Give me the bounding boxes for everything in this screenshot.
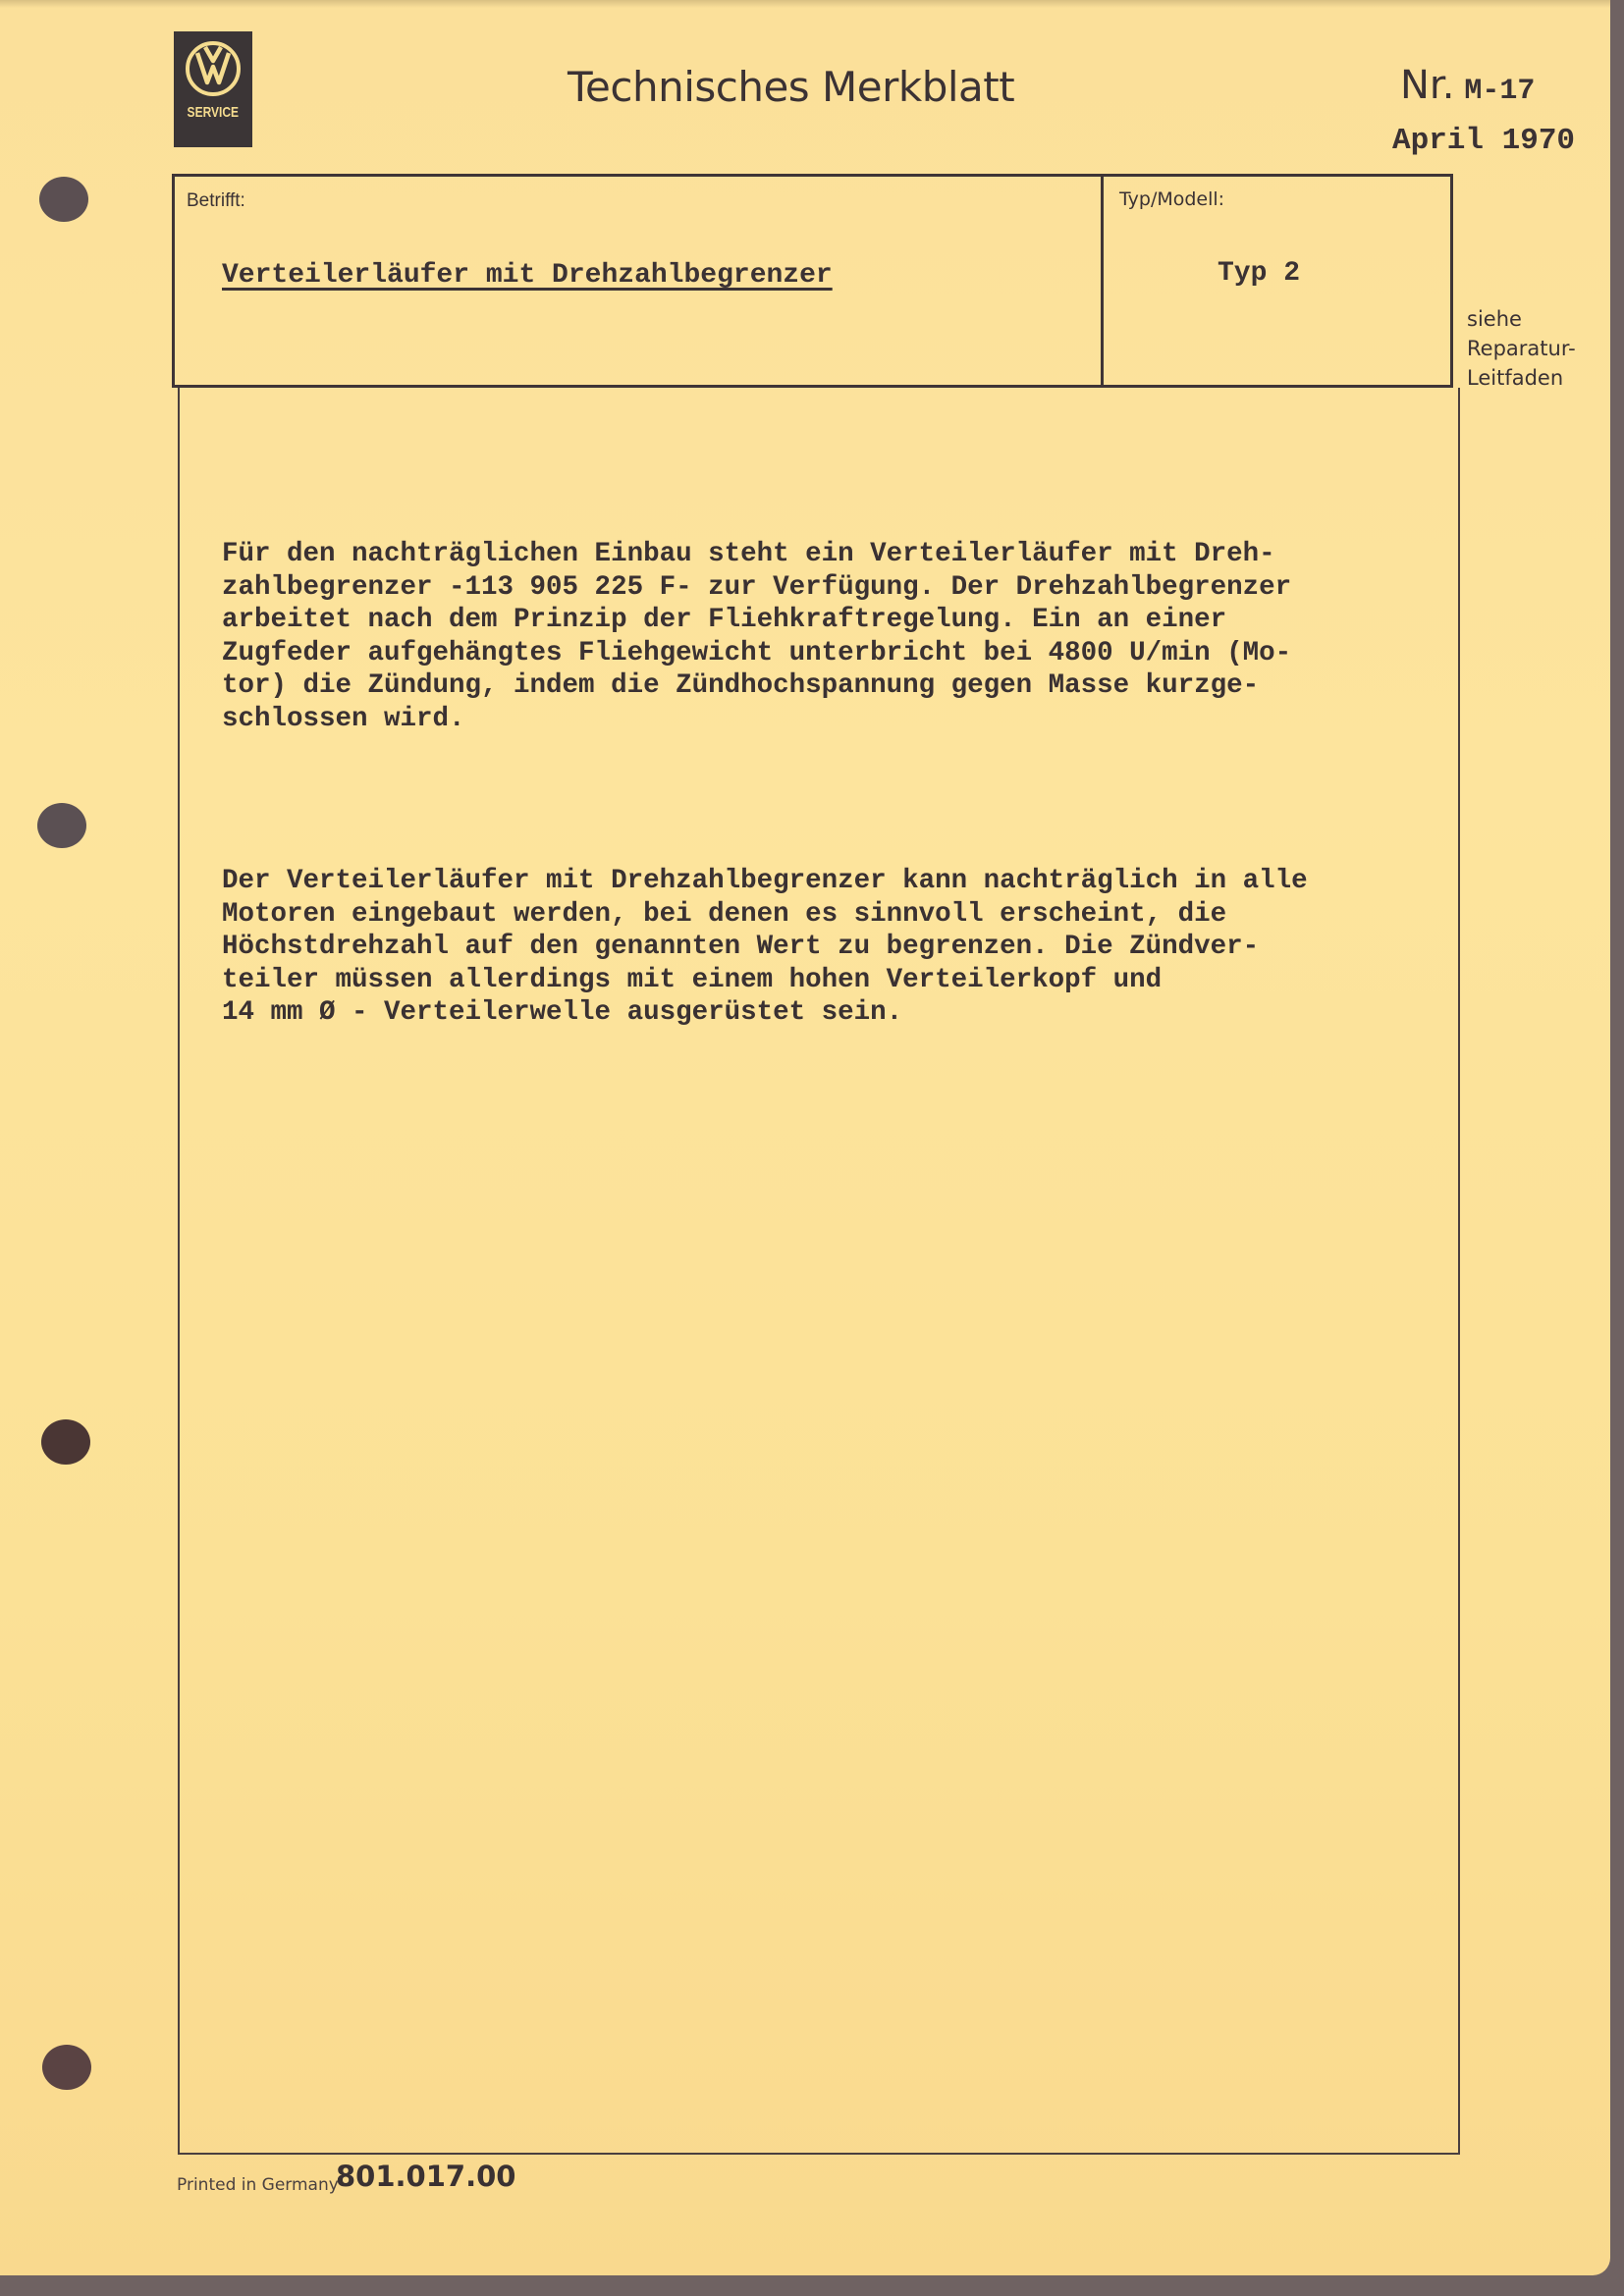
logo-label: SERVICE (188, 104, 239, 121)
model-label: Typ/Modell: (1119, 188, 1224, 210)
info-box-divider (1101, 177, 1104, 385)
side-note: siehe Reparatur- Leitfaden (1467, 304, 1576, 393)
body-paragraph: Für den nachträglichen Einbau steht ein … (222, 538, 1430, 735)
number-label: Nr. (1400, 63, 1454, 108)
document-sheet: SERVICE Technisches Merkblatt Nr.M-17 Ap… (0, 0, 1610, 2275)
vw-logo-icon (184, 39, 243, 98)
side-note-line: Reparatur- (1467, 334, 1576, 363)
info-box: Betrifft: Verteilerläufer mit Drehzahlbe… (172, 174, 1453, 388)
document-number: Nr.M-17 (1400, 63, 1535, 108)
subject-value: Verteilerläufer mit Drehzahlbegrenzer (222, 260, 833, 291)
vw-service-logo: SERVICE (174, 31, 252, 147)
model-value: Typ 2 (1218, 258, 1300, 289)
punch-hole (41, 1419, 90, 1465)
punch-hole (39, 177, 88, 222)
side-note-line: siehe (1467, 304, 1576, 334)
document-date: April 1970 (1392, 124, 1575, 158)
punch-hole (37, 803, 86, 848)
printed-in-label: Printed in Germany (177, 2175, 339, 2195)
body-paragraph: Der Verteilerläufer mit Drehzahlbegrenze… (222, 865, 1430, 1030)
punch-hole (42, 2045, 91, 2090)
number-value: M-17 (1464, 75, 1535, 108)
form-code: 801.017.00 (336, 2160, 515, 2193)
side-note-line: Leitfaden (1467, 363, 1576, 393)
subject-label: Betrifft: (187, 190, 245, 212)
document-title: Technisches Merkblatt (568, 63, 1014, 111)
